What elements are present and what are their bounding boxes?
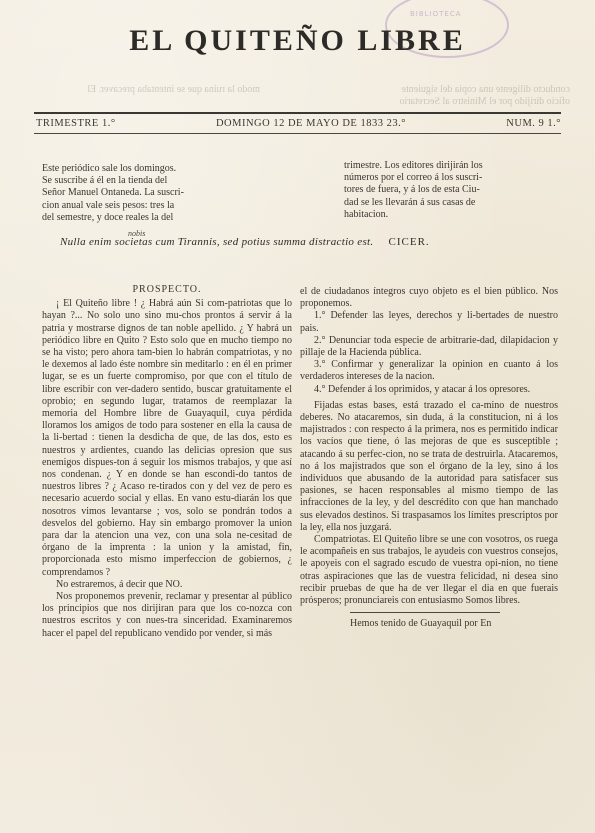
dateline-rule xyxy=(34,133,561,134)
epigraph-attribution: CICER. xyxy=(389,236,430,248)
subscription-line: tores de fuera, y á los de esta Ciu- xyxy=(344,184,544,196)
body-paragraph: ¡ El Quiteño libre ! ¿ Habrá aún Si com-… xyxy=(42,298,292,579)
issue-date: DOMINGO 12 DE MAYO DE 1833 23.° xyxy=(216,118,406,129)
dateline: TRIMESTRE 1.° DOMINGO 12 DE MAYO DE 1833… xyxy=(36,118,561,129)
body-paragraph: Fijadas estas bases, está trazado el ca-… xyxy=(300,400,558,534)
body-paragraph: Nos proponemos prevenir, reclamar y pres… xyxy=(42,591,292,640)
subscription-line: del semestre, y doce reales la del xyxy=(42,212,262,224)
subscription-line: Señor Manuel Ontaneda. La suscri- xyxy=(42,187,262,199)
subscription-info-left: Este periódico sale los domingos. Se sus… xyxy=(42,163,262,224)
section-divider xyxy=(350,612,500,613)
body-paragraph: No estraremos, á decir que NO. xyxy=(42,579,292,591)
body-paragraph: Hemos tenido de Guayaquil por En xyxy=(300,618,558,630)
masthead-rule xyxy=(34,112,561,114)
objective-item: 4.° Defender á los oprimidos, y atacar á… xyxy=(300,384,558,396)
bleedthrough-text: modo la ruina que se intentaba precaver.… xyxy=(20,84,260,96)
subscription-line: trimestre. Los editores dirijirán los xyxy=(344,160,544,172)
newspaper-page: BIBLIOTECA modo la ruina que se intentab… xyxy=(0,0,595,833)
subscription-line: Se suscribe á él en la tienda del xyxy=(42,175,262,187)
subscription-line: habitacion. xyxy=(344,209,544,221)
epigraph: Nulla enim societas cum Tirannis, sed po… xyxy=(60,236,540,248)
subscription-line: dad se les llevarán á sus casas de xyxy=(344,197,544,209)
section-heading-prospecto: PROSPECTO. xyxy=(42,284,292,296)
body-paragraph: el de ciudadanos íntegros cuyo objeto es… xyxy=(300,286,558,310)
masthead-title: EL QUITEÑO LIBRE xyxy=(0,24,595,58)
subscription-line: números por el correo á los suscri- xyxy=(344,172,544,184)
objective-item: 3.° Confirmar y generalizar la opinion e… xyxy=(300,359,558,383)
left-column: PROSPECTO. ¡ El Quiteño libre ! ¿ Habrá … xyxy=(42,280,292,640)
subscription-line: cion anual vale seis pesos: tres la xyxy=(42,200,262,212)
objective-item: 1.° Defender las leyes, derechos y li-be… xyxy=(300,310,558,334)
stamp-text: BIBLIOTECA xyxy=(410,10,462,18)
subscription-info-right: trimestre. Los editores dirijirán los nú… xyxy=(300,160,544,221)
bleedthrough-text: oficio dirijido por el Ministro al Secre… xyxy=(320,96,570,108)
trimestre-label: TRIMESTRE 1.° xyxy=(36,118,116,129)
epigraph-text: Nulla enim societas cum Tirannis, sed po… xyxy=(60,236,373,248)
objective-item: 2.° Denunciar toda especie de arbitrarie… xyxy=(300,335,558,359)
right-column: el de ciudadanos íntegros cuyo objeto es… xyxy=(300,286,558,630)
subscription-line: Este periódico sale los domingos. xyxy=(42,163,262,175)
bleedthrough-text: conducto diligente una copia del siguien… xyxy=(320,84,570,96)
body-paragraph: Compatriotas. El Quiteño libre se une co… xyxy=(300,534,558,607)
issue-number: NUM. 9 1.° xyxy=(506,118,561,129)
